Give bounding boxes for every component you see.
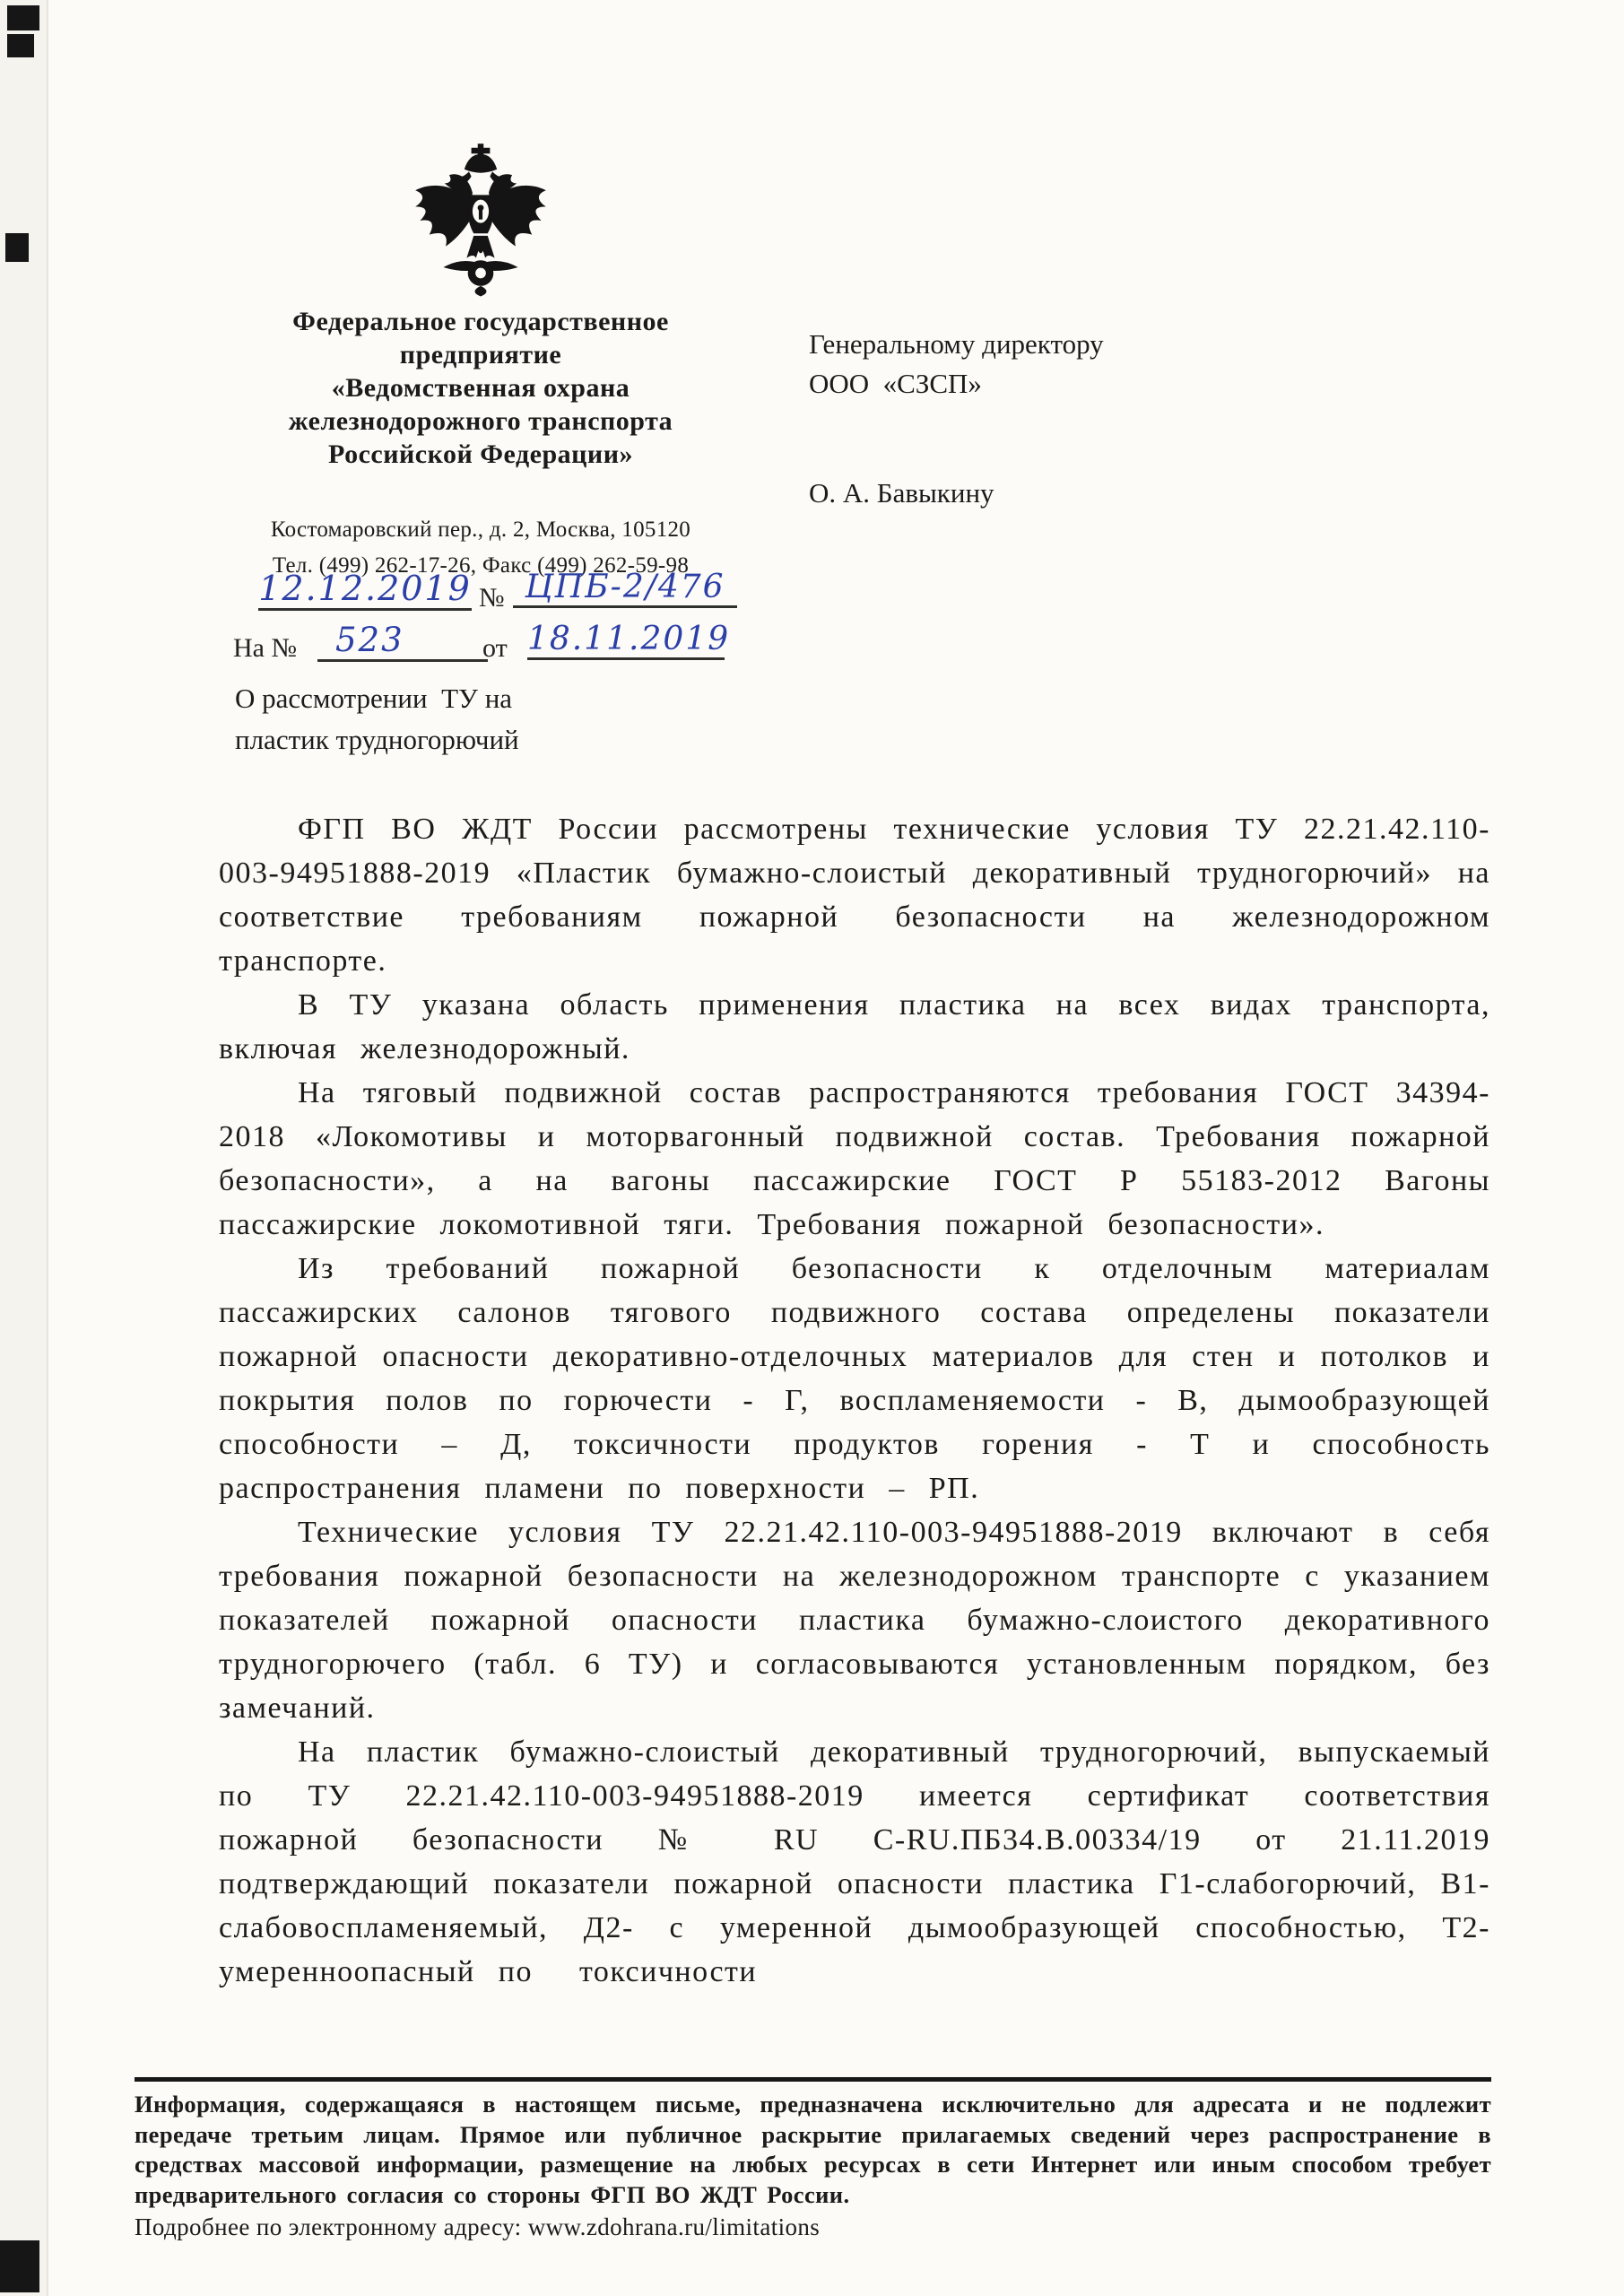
scan-artifact-mark xyxy=(7,34,34,57)
registration-block: 12.12.2019 № ЦПБ-2/476 На № 523 от 18.11… xyxy=(135,576,843,692)
subject-line-2: пластик трудногорючий xyxy=(235,719,519,761)
body-paragraph: На пластик бумажно-слоистый декоративный… xyxy=(219,1730,1490,1994)
addressee-block: Генеральному директору ООО «СЗСП» О. А. … xyxy=(809,325,1104,513)
body-paragraph: Из требований пожарной безопасности к от… xyxy=(219,1247,1490,1510)
footer-disclaimer: Информация, содержащаяся в настоящем пис… xyxy=(135,2090,1491,2210)
body-paragraph: ФГП ВО ЖДТ России рассмотрены технически… xyxy=(219,807,1490,983)
footer-info-line: Подробнее по электронному адресу: www.zd… xyxy=(135,2212,1491,2242)
org-name-line: предприятие xyxy=(135,338,827,371)
subject-line: О рассмотрении ТУ на пластик трудногорюч… xyxy=(235,678,519,761)
org-name-line: железнодорожного транспорта xyxy=(135,404,827,438)
scan-page-edge xyxy=(0,0,48,2296)
incoming-ref-number-handwritten: 523 xyxy=(317,621,488,662)
incoming-ref-label: На № xyxy=(233,633,297,664)
scanned-letter-page: Федеральное государственное предприятие … xyxy=(0,0,1624,2296)
scan-artifact-mark xyxy=(7,5,39,30)
addressee-gap xyxy=(809,404,1104,474)
org-name: Федеральное государственное предприятие … xyxy=(135,305,827,471)
org-name-line: Федеральное государственное xyxy=(135,305,827,338)
number-sign: № xyxy=(479,583,505,613)
body-paragraph: Технические условия ТУ 22.21.42.110-003-… xyxy=(219,1510,1490,1730)
outgoing-date-handwritten: 12.12.2019 xyxy=(258,569,472,611)
org-name-line: Российской Федерации» xyxy=(135,438,827,471)
letter-body: ФГП ВО ЖДТ России рассмотрены технически… xyxy=(219,807,1490,1994)
org-address-line: Костомаровский пер., д. 2, Москва, 10512… xyxy=(135,512,827,548)
org-name-line: «Ведомственная охрана xyxy=(135,371,827,404)
outgoing-number-handwritten: ЦПБ-2/476 xyxy=(513,569,737,608)
subject-line-1: О рассмотрении ТУ на xyxy=(235,678,519,719)
footer-separator-rule xyxy=(135,2077,1491,2082)
letterhead: Федеральное государственное предприятие … xyxy=(135,143,827,584)
incoming-ref-from-label: от xyxy=(482,633,508,664)
addressee-name: О. А. Бавыкину xyxy=(809,474,1104,513)
scan-artifact-mark xyxy=(5,233,29,262)
footer: Информация, содержащаяся в настоящем пис… xyxy=(135,2090,1491,2242)
body-paragraph: На тяговый подвижной состав распространя… xyxy=(219,1071,1490,1247)
addressee-role: Генеральному директору xyxy=(809,325,1104,364)
double-headed-eagle-emblem-icon xyxy=(411,143,551,298)
body-paragraph: В ТУ указана область применения пластика… xyxy=(219,983,1490,1071)
addressee-company: ООО «СЗСП» xyxy=(809,364,1104,404)
incoming-ref-date-handwritten: 18.11.2019 xyxy=(527,621,725,660)
scan-artifact-mark xyxy=(0,2240,39,2292)
